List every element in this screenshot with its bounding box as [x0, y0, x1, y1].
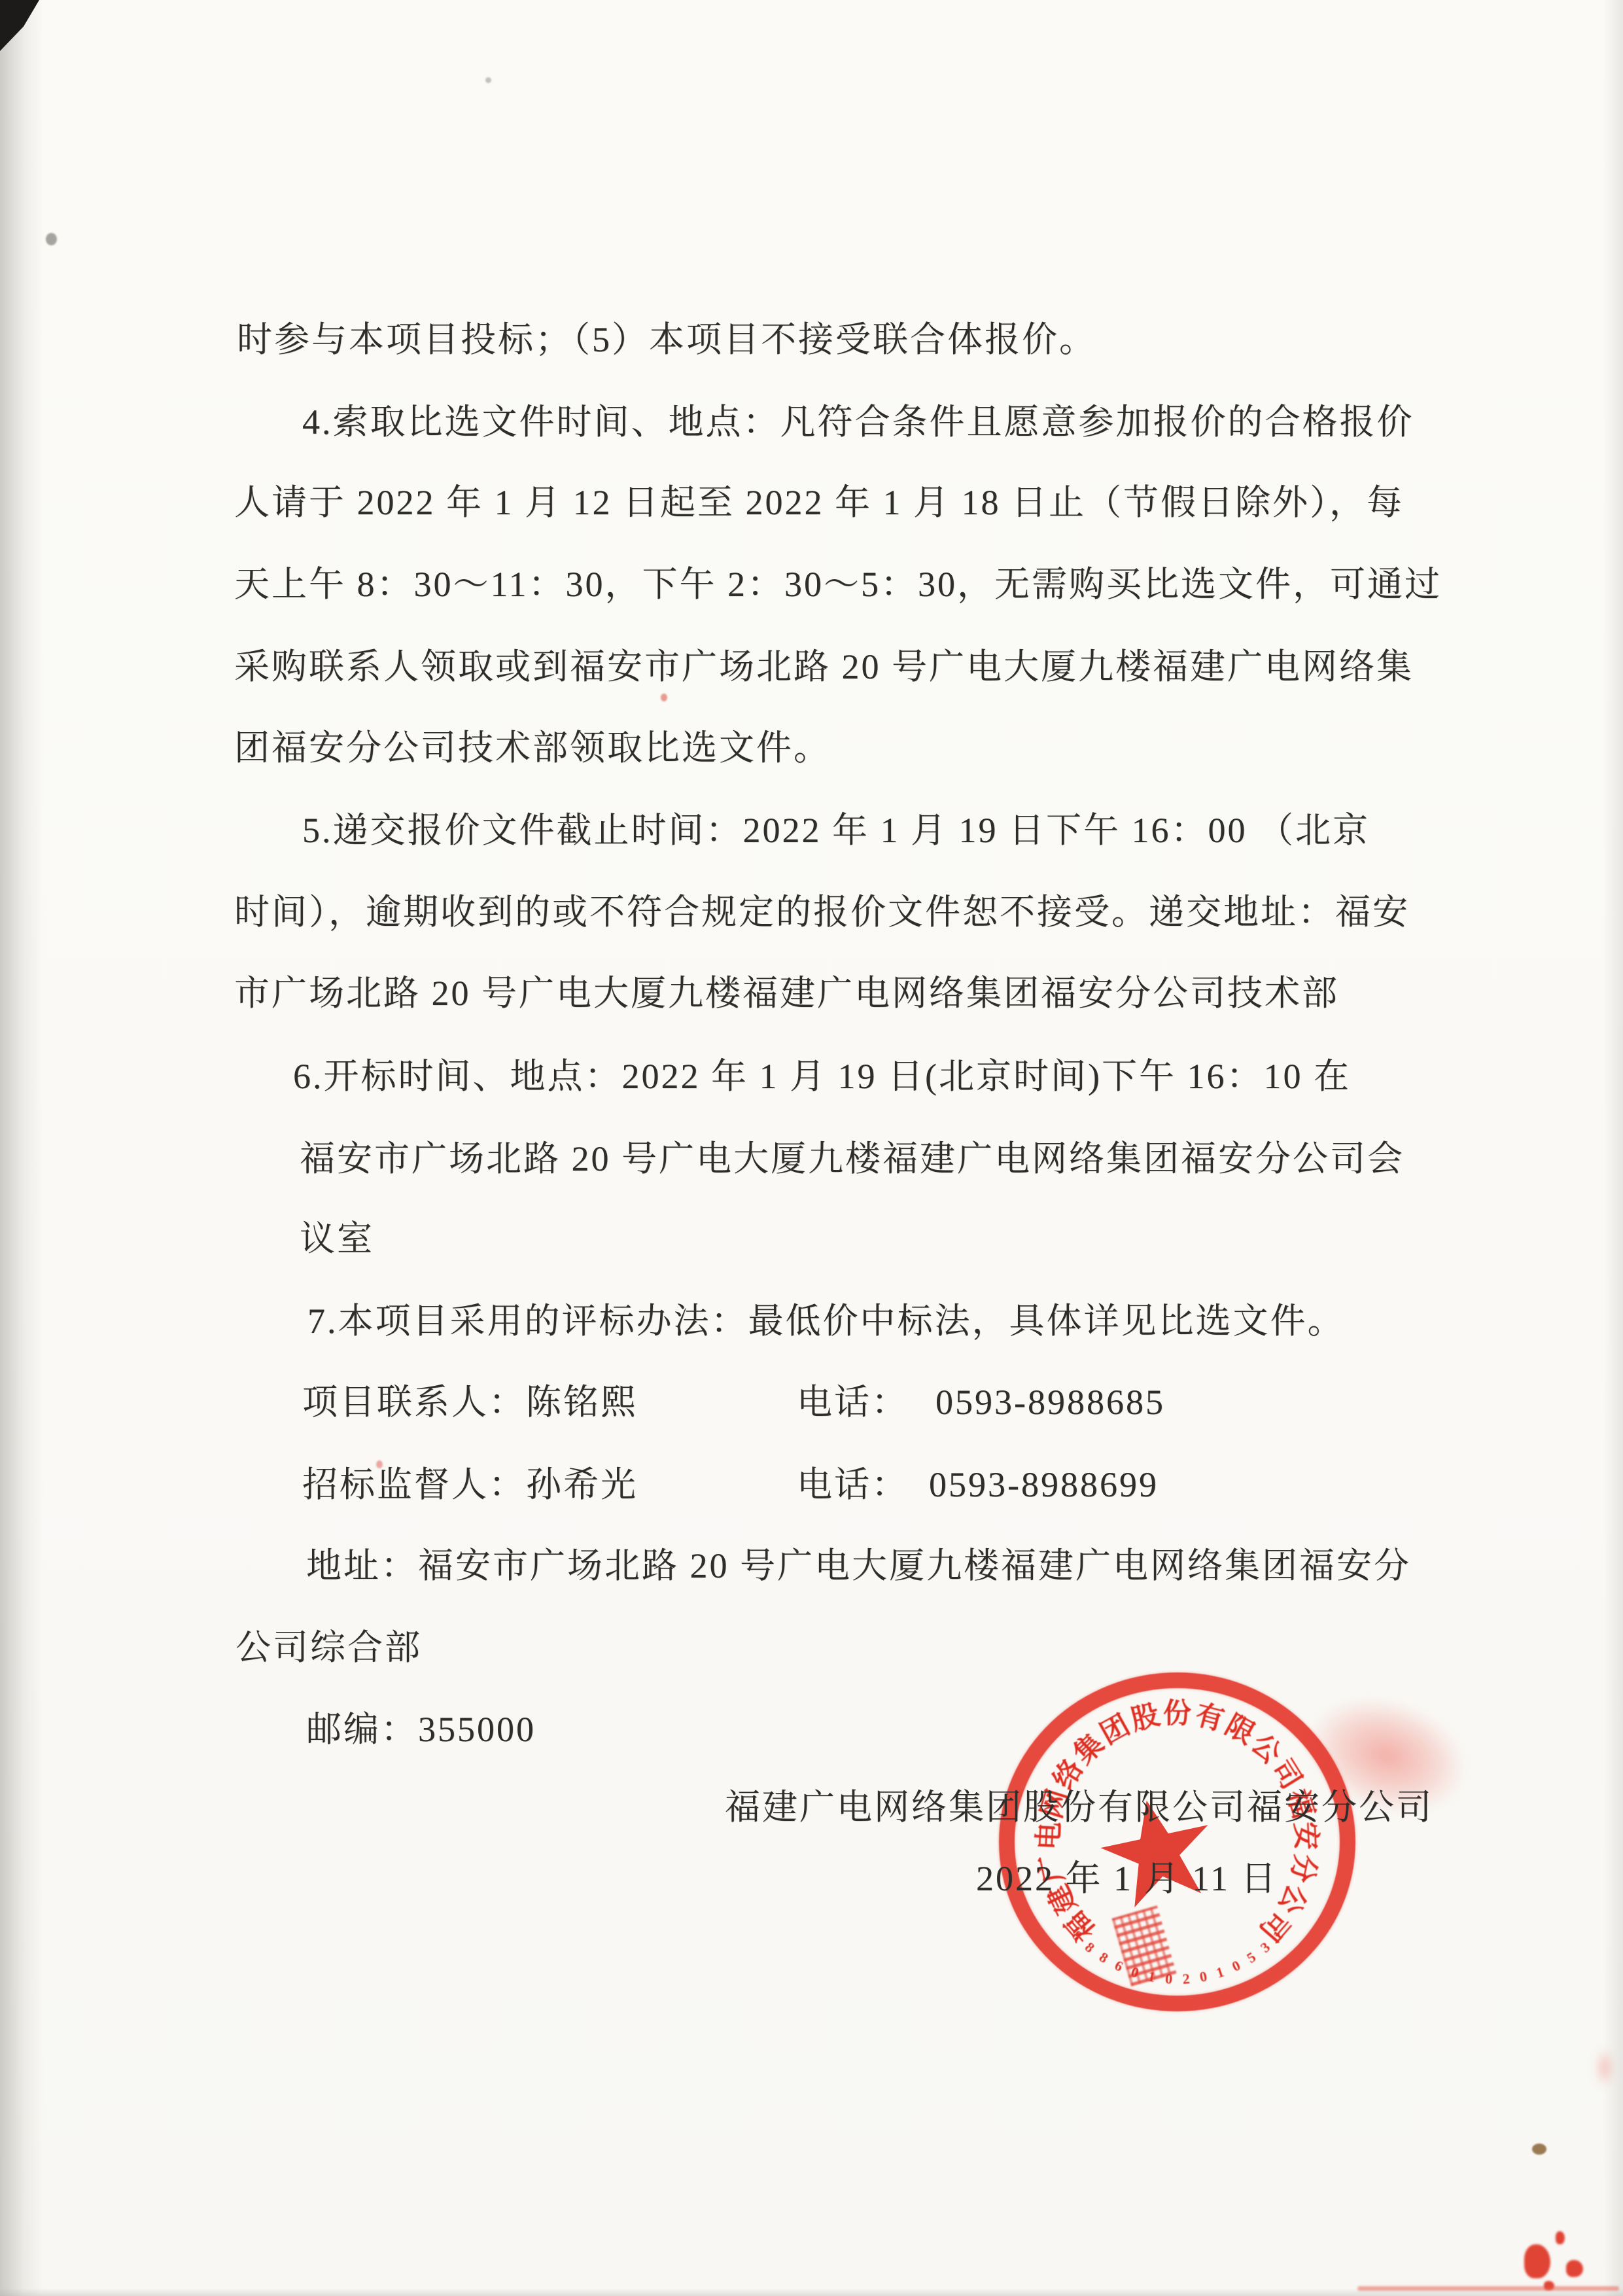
postcode-line: 邮编：355000 — [306, 1709, 536, 1750]
contact-label: 招标监督人： — [302, 1465, 526, 1504]
contact-name: 孙希光 — [526, 1465, 638, 1504]
scan-speck — [1532, 2144, 1546, 2155]
body-line-6: 团福安分公司技术部领取比选文件。 — [234, 728, 831, 768]
body-line-4: 天上午 8：30～11：30，下午 2：30～5：30，无需购买比选文件，可通过 — [234, 564, 1442, 605]
contact-label: 项目联系人： — [302, 1383, 526, 1422]
body-line-3: 人请于 2022 年 1 月 12 日起至 2022 年 1 月 18 日止（节… — [234, 482, 1404, 523]
scan-speck — [46, 233, 57, 245]
signature-date-line: 2022 年 1 月 11 日 — [976, 1858, 1278, 1899]
scan-left-edge-shadow — [0, 0, 43, 2296]
scan-right-edge-shadow — [1603, 0, 1623, 2296]
body-line-8: 时间），逾期收到的或不符合规定的报价文件恕不接受。递交地址：福安 — [234, 892, 1410, 932]
scan-speck — [485, 77, 491, 83]
contact-name: 陈铭熙 — [526, 1383, 638, 1422]
company-seal-stamp: 福建广电网络集团股份有限公司福安分公司 13501020106888 — [999, 1672, 1355, 2011]
address-line-2: 公司综合部 — [236, 1627, 422, 1668]
body-line-13: 7.本项目采用的评标办法：最低价中标法，具体详见比选文件。 — [307, 1301, 1345, 1341]
signature-company-line: 福建广电网络集团股份有限公司福安分公司 — [725, 1787, 1433, 1828]
body-line-5: 采购联系人领取或到福安市广场北路 20 号广电大厦九楼福建广电网络集 — [234, 646, 1414, 687]
address-line-1: 地址：福安市广场北路 20 号广电大厦九楼福建广电网络集团福安分 — [306, 1545, 1411, 1586]
phone-label: 电话： — [797, 1464, 909, 1505]
seal-code-digits: 13501020106888 — [999, 1672, 1355, 2011]
red-ink-spatter — [1518, 2226, 1596, 2291]
phone-number: 0593-8988685 — [935, 1382, 1165, 1422]
body-line-11: 福安市广场北路 20 号广电大厦九楼福建广电网络集团福安分公司会 — [300, 1139, 1405, 1179]
seal-ink-smudge-small — [1596, 2048, 1613, 2087]
phone-label: 电话： — [797, 1382, 909, 1422]
contact-row-supervisor: 招标监督人：孙希光 电话： 0593-8988699 — [302, 1464, 638, 1505]
contact-row-project: 项目联系人：陈铭熙 电话： 0593-8988685 — [302, 1382, 638, 1422]
body-line-12: 议室 — [300, 1218, 374, 1259]
scan-speck — [661, 694, 667, 701]
body-line-1: 时参与本项目投标；（5）本项目不接受联合体报价。 — [237, 319, 1096, 360]
body-line-7: 5.递交报价文件截止时间：2022 年 1 月 19 日下午 16：00 （北京 — [302, 810, 1370, 851]
phone-number: 0593-8988699 — [929, 1464, 1159, 1505]
body-line-10: 6.开标时间、地点：2022 年 1 月 19 日(北京时间)下午 16：10 … — [293, 1056, 1351, 1097]
body-line-2: 4.索取比选文件时间、地点：凡符合条件且愿意参加报价的合格报价 — [302, 402, 1414, 442]
red-ink-bottom-line — [1357, 2286, 1619, 2291]
body-line-9: 市广场北路 20 号广电大厦九楼福建广电网络集团福安分公司技术部 — [234, 973, 1339, 1014]
scanned-document-page: 时参与本项目投标；（5）本项目不接受联合体报价。 4.索取比选文件时间、地点：凡… — [0, 0, 1623, 2296]
